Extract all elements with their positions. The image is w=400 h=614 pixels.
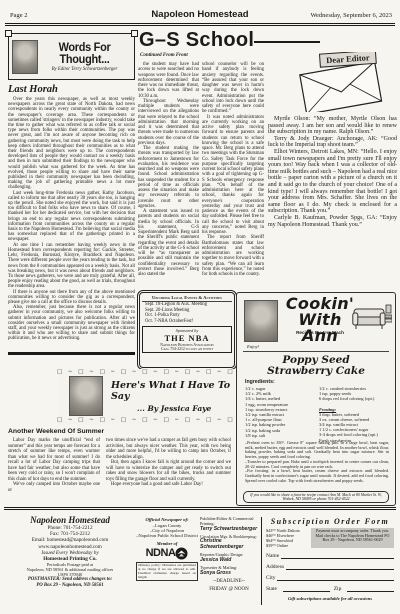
article-heading-another-weekend: Another Weekend Of Summer xyxy=(8,428,104,435)
masthead-contact-block: Napoleon Homestead Phone: 701-754-2212 F… xyxy=(6,515,134,588)
paragraph: Also, remember, just because there is no… xyxy=(8,305,135,341)
payment-note: Payment must accompany order. Thank you.… xyxy=(311,528,394,548)
rate: $39⁰⁰ Online xyxy=(266,543,308,548)
header-rule xyxy=(5,23,395,26)
cookin-title: Cookin' With Ann xyxy=(283,296,357,344)
subscription-rates-row: $43⁰⁰ North Dakota $46⁰⁰ Elsewhere $64⁰⁰… xyxy=(266,528,394,548)
ndna-logo-text: NDNA xyxy=(146,547,176,559)
banner-text: Here's What I Have To Say ... By Jessica… xyxy=(111,380,234,413)
gs-school-column-1: the student may have had access to were … xyxy=(138,62,199,277)
paragraph: the student may have had access to were … xyxy=(138,62,199,99)
issue-date: Wednesday, September 6, 2023 xyxy=(310,12,392,19)
paragraph: If there is anyone out there from any of… xyxy=(8,290,135,306)
cookin-title-line2: With Ann xyxy=(283,312,357,344)
banner-border-bottom: □ ∼ □ ∼ □ ∼ □ ∼ □ ∼ □ ∼ □ ∼ □ ∼ □ ∼ □ ∼ … xyxy=(57,417,234,423)
paragraph: Hope everyone had a good and safe Labor … xyxy=(106,482,231,488)
column-title: Words For Thought... xyxy=(40,42,128,66)
official-heading: Official Newspaper of: xyxy=(136,517,198,523)
field-label: City xyxy=(266,575,275,581)
paragraph: school counselor will be on hand if anyb… xyxy=(202,62,264,115)
left-column-divider xyxy=(8,352,135,355)
staff-name: Jessica Wald xyxy=(200,558,258,564)
paragraph: two times since we've had a camper as fa… xyxy=(106,438,231,460)
deadline-label: --DEADLINE-- xyxy=(200,579,258,585)
paragraph: Over the years this newspaper, as well a… xyxy=(8,97,135,191)
another-weekend-column-2: two times since we've had a camper as fa… xyxy=(106,438,231,488)
field-label: Address xyxy=(266,564,284,570)
editor-photo xyxy=(12,40,38,74)
cookin-with-ann-box: Cookin' With Ann Recipes By Ann Mach Enj… xyxy=(236,292,396,506)
ingredient: 6 drops red food coloring (opt.) xyxy=(319,396,395,401)
form-field-address: Address xyxy=(266,564,394,570)
masthead-vertical-divider xyxy=(261,517,262,605)
paragraph: A statement was issued to parents and st… xyxy=(138,209,199,277)
masthead-postmaster-2: PO Box 29 - Napoleon, ND 58561 xyxy=(6,583,134,589)
sponsor-phone: Call 754-2212 to list an event xyxy=(143,347,231,351)
sponsor-name: THE NBA xyxy=(143,333,231,343)
form-field-name: Name xyxy=(266,553,394,559)
letter: Carlyle B. Kaufman, Powder Spgs, GA: “En… xyxy=(268,215,397,228)
paragraph: It was noted administrators are currentl… xyxy=(202,115,264,236)
subscription-title: Subscription Order Form xyxy=(266,517,394,526)
article-body-last-horah: Over the years this newspaper, as well a… xyxy=(8,97,135,342)
paragraph: The student making the threats was trans… xyxy=(138,146,199,209)
ingredients-column-2: 1/2 c. crushed strawberries 1 tsp. poppy… xyxy=(319,386,395,443)
cookin-divider xyxy=(243,351,389,352)
banner-border-top: □ ∼ □ ∼ □ ∼ □ ∼ □ ∼ □ ∼ □ ∼ □ ∼ □ ∼ □ ∼ … xyxy=(57,369,234,375)
ndna-eagle-icon xyxy=(175,547,188,560)
headline-rule xyxy=(254,41,320,43)
staff-name: Terry Schwartzenberger xyxy=(200,527,258,533)
field-blank-line xyxy=(283,586,330,592)
staff-block: Publisher/Editor & Commercial Printing: … xyxy=(200,517,258,593)
paragraph: But, then again I know fall is right aro… xyxy=(106,460,231,482)
paragraph: At one time I can remember having weekly… xyxy=(8,243,135,290)
field-blank-line xyxy=(347,586,394,592)
ann-photo xyxy=(244,300,278,342)
official-newspaper-block: Official Newspaper of: –Logan County –Ci… xyxy=(136,517,198,581)
article-heading-last-horah: Last Horah xyxy=(8,84,58,95)
paragraph: We've only camped into October maybe one… xyxy=(8,482,100,493)
field-label: State xyxy=(266,586,277,592)
article-headline-gs-school: G–S School xyxy=(139,29,254,52)
another-weekend-column-1: Labor Day marks the unofficial “end of s… xyxy=(8,438,100,493)
subscription-form: Subscription Order Form $43⁰⁰ North Dako… xyxy=(266,517,394,601)
recipe-title-line2: Strawberry Cake xyxy=(237,366,395,377)
words-for-thought-banner: Words For Thought... By Editor Terry Sch… xyxy=(8,33,135,80)
letter: Terry & Jody Draeger: Anchorage, AK: “Go… xyxy=(268,136,397,149)
form-field-state-zip: State Zip xyxy=(266,586,394,592)
newspaper-page: Page 2 Napoleon Homestead Wednesday, Sep… xyxy=(0,0,400,614)
cookin-byline: Recipes By Ann Mach xyxy=(283,330,357,335)
deadline-value: FRIDAY @ NOON xyxy=(200,587,258,593)
banner-byline: ... By Jessica Faye xyxy=(137,404,234,413)
masthead-top-rule xyxy=(4,507,396,510)
direction-step: –For frosting: in a bowl, beat butter, c… xyxy=(245,469,389,483)
ndna-logo: NDNA xyxy=(136,547,198,560)
letter: Elliot Winters, Detroit Lakes, MN: “Hell… xyxy=(268,149,397,215)
field-label: Zip xyxy=(334,586,342,592)
field-blank-line xyxy=(286,564,394,570)
paragraph: The report from Sheriff Bartholomaus sta… xyxy=(202,235,264,277)
direction-step: –Preheat oven to 350°. Grease 8" square … xyxy=(245,441,389,460)
member-of-label: Member of xyxy=(136,541,198,546)
letter: Myrtle Olson: “My mother, Myrtle Olson h… xyxy=(268,116,397,136)
dear-editor-envelope-icon: Dear Editor xyxy=(288,52,392,112)
words-for-thought-text: Words For Thought... By Editor Terry Sch… xyxy=(38,42,131,72)
paragraph: Labor Day marks the unofficial “end of s… xyxy=(8,438,100,482)
official-item: –Napoleon Public School District xyxy=(136,533,198,538)
staff-name: Christine Schwartzenberger xyxy=(200,539,258,550)
recipe-submission-note: If you would like to share a favorite re… xyxy=(243,491,389,503)
field-blank-line xyxy=(281,553,394,559)
event-item: Oct. 7-NBA OctoberFest! xyxy=(142,319,232,325)
recipe-title: Poppy Seed Strawberry Cake xyxy=(237,355,395,377)
continued-from-front-label: Continued From Front xyxy=(140,53,188,58)
upcoming-events-box: Upcoming Local Events & Activities Sept.… xyxy=(139,292,235,368)
jessica-photo xyxy=(69,376,103,416)
field-label: Name xyxy=(266,553,279,559)
subscription-rates: $43⁰⁰ North Dakota $46⁰⁰ Elsewhere $64⁰⁰… xyxy=(266,528,308,548)
form-field-city: City xyxy=(266,575,394,581)
recipe-directions: –Preheat oven to 350°. Grease 8" square … xyxy=(245,441,389,483)
gift-subscriptions-note: Gift subscriptions available for all occ… xyxy=(266,596,394,601)
ingredients-label: Ingredients: xyxy=(245,379,275,385)
kitchen-illustration-icon xyxy=(352,299,392,335)
gs-school-column-2: school counselor will be on hand if anyb… xyxy=(202,62,264,277)
field-blank-line xyxy=(277,575,394,581)
paragraph: Last week long-time Fredonia news gather… xyxy=(8,191,135,243)
ingredients-column-1: 1/2 c. sugar 1/2 c. 2% milk 1/4 c. butte… xyxy=(245,386,315,438)
events-box-title: Upcoming Local Events & Activities xyxy=(142,295,232,302)
ingredient: 1/8 tsp. salt xyxy=(245,433,315,438)
staff-name: Sonya Gross xyxy=(200,571,258,577)
banner-content: Here's What I Have To Say ... By Jessica… xyxy=(57,375,234,417)
dear-editor-letters: Myrtle Olson: “My mother, Myrtle Olson h… xyxy=(268,116,397,228)
banner-title: Here's What I Have To Say xyxy=(111,380,234,402)
column-byline: By Editor Terry Schwartzenberger xyxy=(38,67,131,72)
obituary-policy: Obituary policy: Obituaries are publishe… xyxy=(136,562,198,582)
masthead-name: Napoleon Homestead xyxy=(6,515,134,525)
sponsor-box: Sponsored by THE NBA Napoleon Business A… xyxy=(142,326,232,353)
paragraph: Throughout Wednesday multiple students w… xyxy=(138,99,199,146)
cookin-enjoy: Enjoy! xyxy=(247,344,259,349)
heres-what-banner: □ ∼ □ ∼ □ ∼ □ ∼ □ ∼ □ ∼ □ ∼ □ ∼ □ ∼ □ ∼ … xyxy=(57,369,234,425)
